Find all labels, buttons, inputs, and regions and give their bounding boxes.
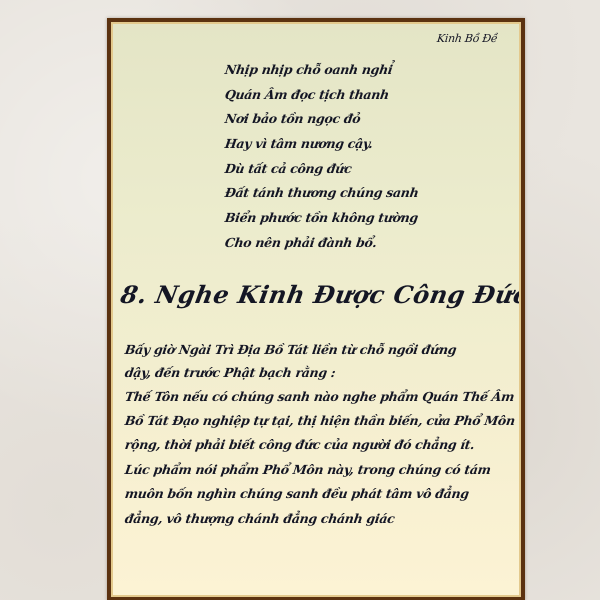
poem-line: Quán Âm đọc tịch thanh — [224, 87, 390, 102]
paragraph-line: rộng, thời phải biết công đức của người … — [124, 437, 476, 452]
paragraph-line: Thế Tôn nếu có chúng sanh nào nghe phẩm … — [124, 389, 515, 404]
poem-line: Đất tánh thương chúng sanh — [224, 185, 420, 200]
poem-line: Cho nên phải đành bổ. — [224, 235, 378, 250]
poem-line: Nhịp nhịp chỗ oanh nghỉ — [224, 62, 394, 77]
section-heading: 8. Nghe Kinh Được Công Đức Lớn — [118, 280, 521, 309]
poem-line: Hay vì tâm nương cậy. — [224, 136, 374, 151]
poem-line: Dù tất cả công đức — [224, 161, 353, 176]
paragraph-line: muôn bốn nghìn chúng sanh đều phát tâm v… — [124, 486, 470, 501]
paragraph-line: đẳng, vô thượng chánh đẳng chánh giác — [124, 511, 396, 526]
paragraph-line: Bồ Tát Đạo nghiệp tự tại, thị hiện thần … — [124, 413, 516, 428]
document-frame: Kinh Bồ Đề Nhịp nhịp chỗ oanh nghỉ Quán … — [107, 18, 525, 600]
calligraphy-paper: Kinh Bồ Đề Nhịp nhịp chỗ oanh nghỉ Quán … — [111, 22, 521, 597]
paragraph-line: dậy, đến trước Phật bạch rằng : — [124, 365, 336, 380]
poem-line: Nơi bảo tồn ngọc đỏ — [224, 111, 362, 126]
paragraph-line: Lúc phẩm nói phẩm Phổ Môn này, trong chú… — [124, 462, 492, 477]
signature: Kinh Bồ Đề — [436, 32, 498, 45]
poem-line: Biển phước tồn không tường — [224, 210, 419, 225]
paragraph-line: Bấy giờ Ngài Trì Địa Bồ Tát liền từ chỗ … — [124, 342, 457, 357]
